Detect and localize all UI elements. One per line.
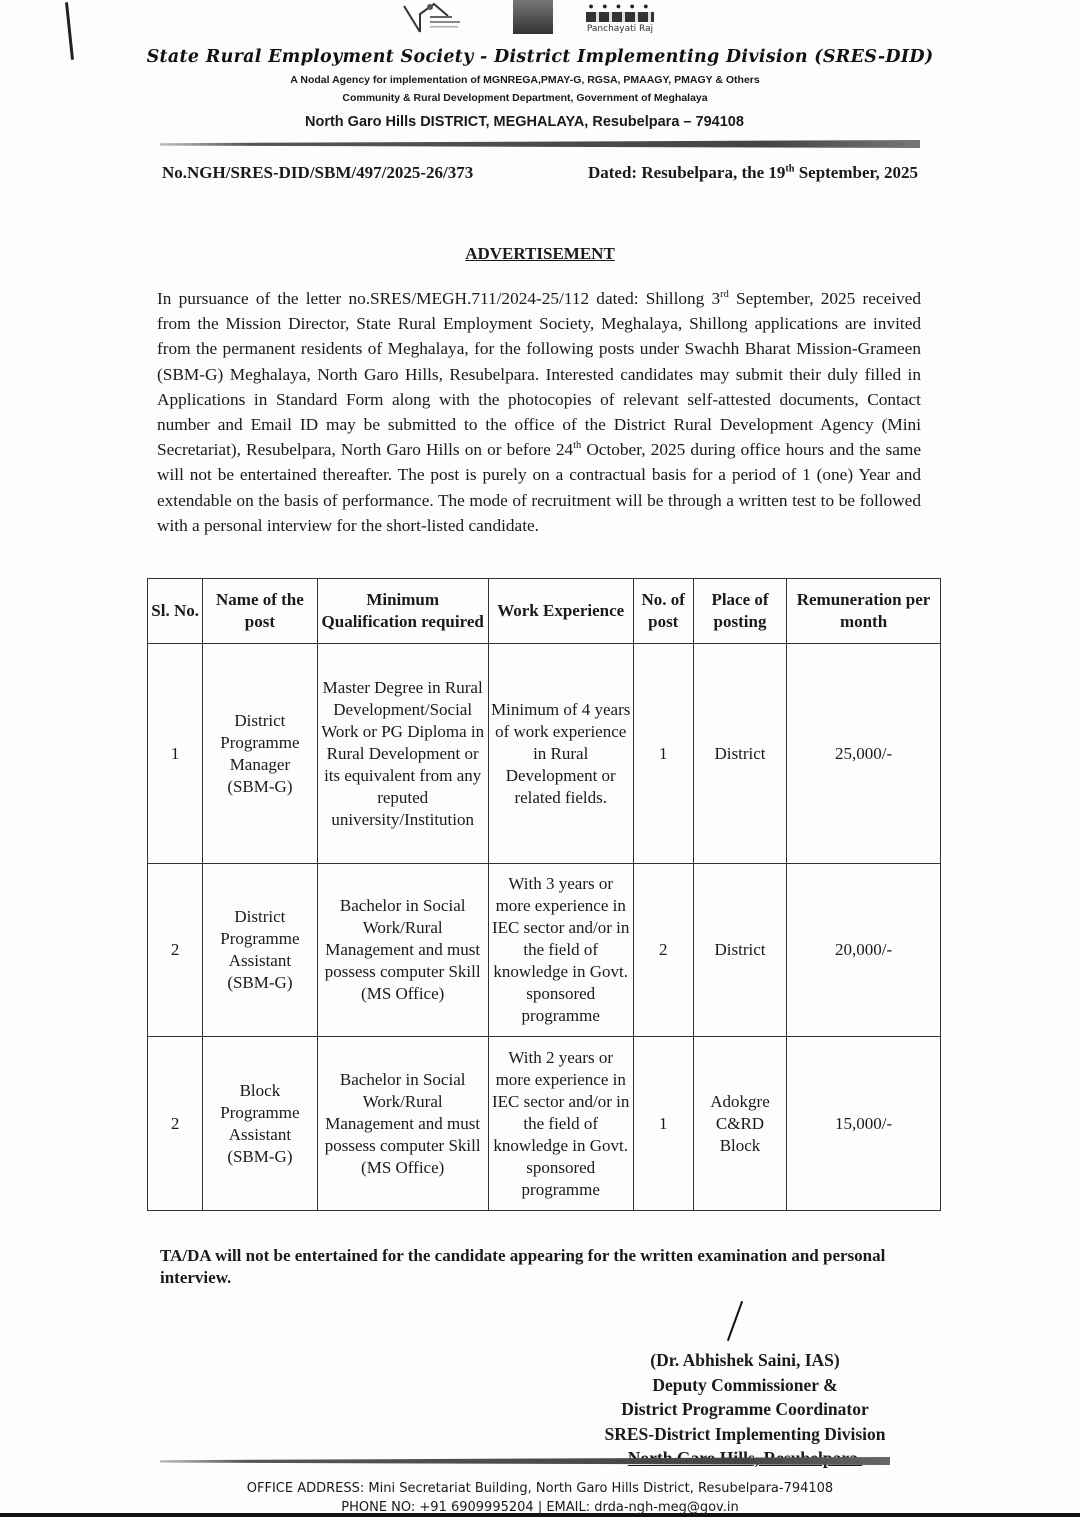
qualification-cell: Bachelor in Social Work/Rural Management… [317,864,488,1037]
department-line: Community & Rural Development Department… [0,92,1050,104]
signatory-designation-2: District Programme Coordinator [560,1397,930,1422]
header-post-name: Name of the post [203,579,317,644]
signatory-block: (Dr. Abhishek Saini, IAS) Deputy Commiss… [560,1348,930,1471]
signature-mark [727,1301,743,1341]
tada-note: TA/DA will not be entertained for the ca… [160,1245,920,1289]
rural-housing-logo-icon [398,2,488,36]
reference-number: No.NGH/SRES-DID/SBM/497/2025-26/373 [162,163,473,183]
signatory-name: (Dr. Abhishek Saini, IAS) [560,1348,930,1373]
advertisement-body: In pursuance of the letter no.SRES/MEGH.… [157,286,921,538]
header-experience: Work Experience [488,579,633,644]
advertisement-title: ADVERTISEMENT [0,244,1080,264]
experience-cell: With 3 years or more experience in IEC s… [488,864,633,1037]
table-row: 2 Block Programme Assistant (SBM-G) Bach… [148,1037,941,1211]
header-divider [160,140,920,148]
signatory-division: SRES-District Implementing Division [560,1422,930,1447]
table-row: 1 District Programme Manager (SBM-G) Mas… [148,644,941,864]
office-address: OFFICE ADDRESS: Mini Secretariat Buildin… [0,1481,1080,1496]
remuneration-cell: 15,000/- [787,1037,941,1211]
header-qualification: Minimum Qualification required [317,579,488,644]
header-no-of-post: No. of post [633,579,693,644]
qualification-cell: Bachelor in Social Work/Rural Management… [317,1037,488,1211]
header-remuneration: Remuneration per month [787,579,941,644]
experience-cell: Minimum of 4 years of work experience in… [488,644,633,864]
sl-no-cell: 2 [148,1037,203,1211]
society-name: State Rural Employment Society - Distric… [0,47,1080,67]
qualification-cell: Master Degree in Rural Development/Socia… [317,644,488,864]
swachh-bharat-logo-icon [513,0,553,34]
footer-divider [160,1457,890,1465]
page-bottom-edge [0,1513,1080,1517]
experience-cell: With 2 years or more experience in IEC s… [488,1037,633,1211]
post-name-cell: Block Programme Assistant (SBM-G) [203,1037,317,1211]
no-of-post-cell: 1 [633,1037,693,1211]
table-row: 2 District Programme Assistant (SBM-G) B… [148,864,941,1037]
letterhead-logos: ● ● ● ● ● Panchayati Raj [390,0,670,40]
district-address: North Garo Hills DISTRICT, MEGHALAYA, Re… [305,114,744,130]
place-cell: District [693,644,786,864]
posts-table: Sl. No. Name of the post Minimum Qualifi… [147,578,941,1211]
panchayati-raj-label: Panchayati Raj [580,24,660,34]
no-of-post-cell: 2 [633,864,693,1037]
post-name-cell: District Programme Assistant (SBM-G) [203,864,317,1037]
remuneration-cell: 20,000/- [787,864,941,1037]
nodal-agency-line: A Nodal Agency for implementation of MGN… [0,74,1050,86]
header-sl-no: Sl. No. [148,579,203,644]
panchayati-raj-icon: ● ● ● ● ● [580,2,660,11]
sl-no-cell: 1 [148,644,203,864]
place-cell: Adokgre C&RD Block [693,1037,786,1211]
place-cell: District [693,864,786,1037]
remuneration-cell: 25,000/- [787,644,941,864]
signatory-designation: Deputy Commissioner & [560,1373,930,1398]
header-place: Place of posting [693,579,786,644]
panchayati-raj-logo: ● ● ● ● ● Panchayati Raj [580,2,660,38]
no-of-post-cell: 1 [633,644,693,864]
table-header-row: Sl. No. Name of the post Minimum Qualifi… [148,579,941,644]
dated-line: Dated: Resubelpara, the 19th September, … [588,163,918,183]
sl-no-cell: 2 [148,864,203,1037]
post-name-cell: District Programme Manager (SBM-G) [203,644,317,864]
